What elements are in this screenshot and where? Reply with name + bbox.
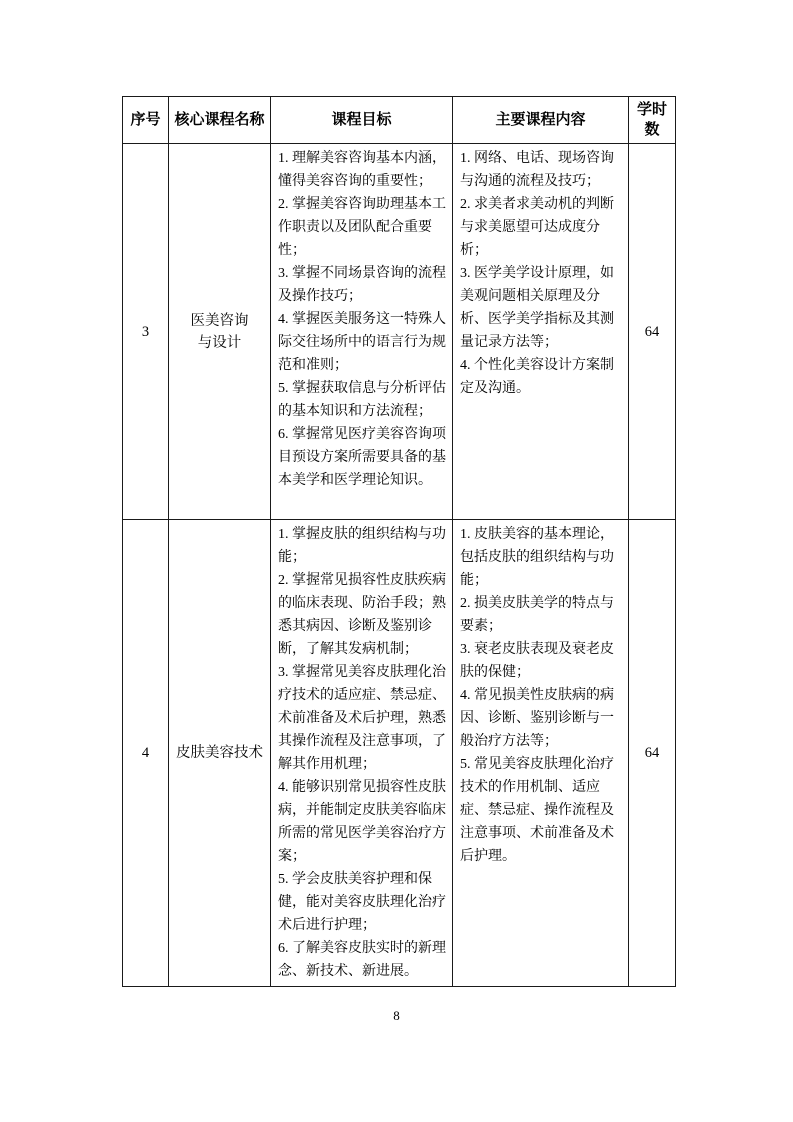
document-page: 序号 核心课程名称 课程目标 主要课程内容 学时数 3 医美咨询 与设计 1. …: [0, 0, 793, 1122]
row3-class-hours: 64: [629, 144, 676, 520]
header-core-course-name: 核心课程名称: [169, 97, 271, 144]
row4-course-content: 1. 皮肤美容的基本理论，包括皮肤的组织结构与功能； 2. 损美皮肤美学的特点与…: [453, 520, 629, 987]
header-class-hours: 学时数: [629, 97, 676, 144]
row3-course-objectives: 1. 理解美容咨询基本内涵，懂得美容咨询的重要性； 2. 掌握美容咨询助理基本工…: [271, 144, 453, 520]
row4-course-objectives: 1. 掌握皮肤的组织结构与功能； 2. 掌握常见损容性皮肤疾病的临床表现、防治手…: [271, 520, 453, 987]
table-row: 3 医美咨询 与设计 1. 理解美容咨询基本内涵，懂得美容咨询的重要性； 2. …: [123, 144, 676, 520]
row4-class-hours: 64: [629, 520, 676, 987]
row4-sequence-number: 4: [123, 520, 169, 987]
header-sequence-number: 序号: [123, 97, 169, 144]
header-main-course-content: 主要课程内容: [453, 97, 629, 144]
row3-course-content: 1. 网络、电话、现场咨询与沟通的流程及技巧； 2. 求美者求美动机的判断与求美…: [453, 144, 629, 520]
row3-course-name: 医美咨询 与设计: [169, 144, 271, 520]
curriculum-table: 序号 核心课程名称 课程目标 主要课程内容 学时数 3 医美咨询 与设计 1. …: [122, 96, 676, 987]
row4-course-name: 皮肤美容技术: [169, 520, 271, 987]
row3-sequence-number: 3: [123, 144, 169, 520]
table-row: 4 皮肤美容技术 1. 掌握皮肤的组织结构与功能； 2. 掌握常见损容性皮肤疾病…: [123, 520, 676, 987]
page-number: 8: [0, 1008, 793, 1024]
header-course-objectives: 课程目标: [271, 97, 453, 144]
table-header-row: 序号 核心课程名称 课程目标 主要课程内容 学时数: [123, 97, 676, 144]
